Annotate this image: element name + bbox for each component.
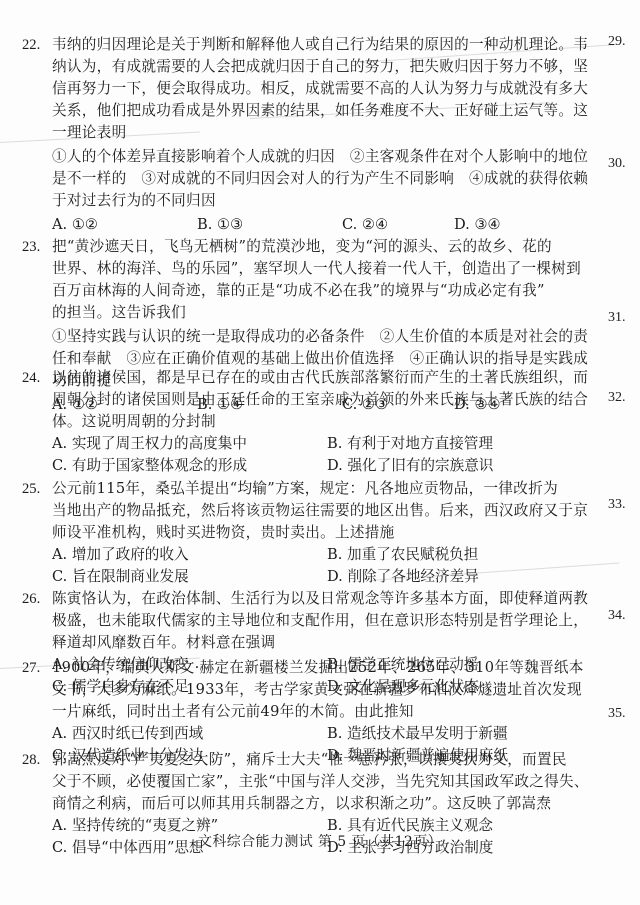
question-stem-line: 韦纳的归因理论是关于判断和解释他人或自己行为结果的原因的一种动机理论。韦	[52, 34, 588, 56]
side-question-number: 30.	[608, 156, 626, 172]
question-stem-line: 当地出产的物品抵充，然后将该贡物运往需要的地区出售。后来，西汉政府又于京	[52, 500, 588, 522]
option-c[interactable]: C. ②④	[342, 214, 388, 236]
question-stem-line: 百万亩林海的人间奇迹，靠的正是“功成不必在我”的境界与“功成必定有我”	[52, 280, 545, 302]
question-number: 23.	[22, 236, 40, 258]
question-stem-line: 父于不顾，必使覆国亡家”，主张“中国与洋人交涉，当先究知其国政军政之得失、	[52, 771, 589, 793]
statement-line: ①人的个体差异直接影响着个人成就的归因 ②主客观条件在对个人影响中的地位	[52, 146, 588, 168]
question-stem-line: 体。这说明周朝的分封制	[52, 411, 216, 433]
question-stem-line: 释道却风靡数百年。材料意在强调	[52, 632, 275, 654]
option-a[interactable]: A. ①②	[52, 214, 98, 236]
side-question-number: 31.	[608, 310, 626, 326]
question-number: 27.	[22, 657, 40, 679]
question-stem-line: 郭嵩焘反对“严夷夏之大防”，痛斥士大夫“惟一意矜张，以攘夷狄为义，而置民	[52, 749, 567, 771]
question-stem-line: 公元前115年，桑弘羊提出“均输”方案，规定：凡各地应贡物品，一律改折为	[52, 478, 558, 500]
question-stem-line: 商情之利病，而后可以师其用兵制器之方，以求积渐之功”。这反映了郭嵩焘	[52, 793, 551, 815]
option-b[interactable]: B. ①③	[197, 214, 243, 236]
statement-line: 于对过去行为的不同归因	[52, 190, 216, 212]
question-number: 22.	[22, 34, 40, 56]
question-stem-line: 以往的诸侯国，都是早已存在的或由古代氏族部落繁衍而产生的土著氏族组织，而	[52, 367, 588, 389]
side-question-number: 33.	[608, 497, 626, 513]
option-d[interactable]: D. ③④	[454, 214, 501, 236]
option-b[interactable]: B. 加重了农民赋税负担	[327, 544, 478, 566]
question-stem-line: 师设平准机构，贱时买进物资，贵时卖出。上述措施	[52, 522, 395, 544]
side-question-number: 29.	[608, 34, 626, 50]
question-stem-line: 关系，他们把成功看成是外界因素的结果，如任务难度不大、正好碰上运气等。这	[52, 100, 588, 122]
page-footer: 文科综合能力测试 第 5 页（共12页）	[0, 831, 640, 851]
question-stem-line: 一理论表明	[52, 122, 126, 144]
question-stem-line: 纳认为，有成就需要的人会把成就归因于自己的努力，把失败归因于努力不够，坚	[52, 56, 588, 78]
option-a[interactable]: A. 实现了周王权力的高度集中	[52, 433, 247, 455]
option-a[interactable]: A. 西汉时纸已传到西域	[52, 723, 203, 745]
question-stem-line: 极盛，也未能取代儒家的主导地位和支配作用，但在意识形态特别是哲学理论上，	[52, 610, 588, 632]
question-stem-line: 的担当。这告诉我们	[52, 302, 186, 324]
option-b[interactable]: B. 造纸技术最早发明于新疆	[327, 723, 508, 745]
option-b[interactable]: B. 有利于对地方直接管理	[327, 433, 493, 455]
question-stem-line: 把“黄沙遮天日，飞鸟无栖树”的荒漠沙地，变为“河的源头、云的故乡、花的	[52, 236, 552, 258]
question-stem-line: 世界、林的海洋、鸟的乐园”，塞罕坝人一代人接着一代人干，创造出了一棵树到	[52, 258, 581, 280]
question-stem-line: 1900年，瑞典人斯文·赫定在新疆楼兰发掘出252年、265年、310年等魏晋纸…	[52, 657, 584, 679]
question-number: 25.	[22, 478, 40, 500]
statement-line: ①坚持实践与认识的统一是取得成功的必备条件 ②人生价值的本质是对社会的责	[52, 326, 588, 348]
question-stem-line: 陈寅恪认为，在政治体制、生活行为以及日常观念等许多基本方面，即使释道两教	[52, 588, 588, 610]
side-question-number: 35.	[608, 706, 626, 722]
question-stem-line: 信再努力一下，便会取得成功。相反，成就需要不高的人认为努力与成就没有多大	[52, 78, 588, 100]
question-stem-line: 文书，大多为麻纸。1933年，考古学家黄文弼在新疆罗布泊汉烽燧遗址首次发现	[52, 679, 582, 701]
option-c[interactable]: C. 有助于国家整体观念的形成	[52, 455, 247, 477]
option-a[interactable]: A. 增加了政府的收入	[52, 544, 189, 566]
question-number: 28.	[22, 749, 40, 771]
option-d[interactable]: D. 强化了旧有的宗族意识	[327, 455, 493, 477]
question-stem-line: 周朝分封的诸侯国则是由王廷任命的王室亲戚为首领的外来氏族与土著氏族的结合	[52, 389, 588, 411]
question-number: 24.	[22, 367, 40, 389]
question-number: 26.	[22, 588, 40, 610]
exam-page: 22. 韦纳的归因理论是关于判断和解释他人或自己行为结果的原因的一种动机理论。韦…	[0, 0, 640, 905]
side-question-number: 34.	[608, 608, 626, 624]
side-question-number: 32.	[608, 390, 626, 406]
option-d[interactable]: D. 削除了各地经济差异	[327, 566, 479, 588]
question-stem-line: 一片麻纸，同时出土者有公元前49年的木简。由此推知	[52, 701, 414, 723]
option-c[interactable]: C. 旨在限制商业发展	[52, 566, 189, 588]
statement-line: 是不一样的 ③对成就的不同归因会对人的行为产生不同影响 ④成就的获得依赖	[52, 168, 588, 190]
